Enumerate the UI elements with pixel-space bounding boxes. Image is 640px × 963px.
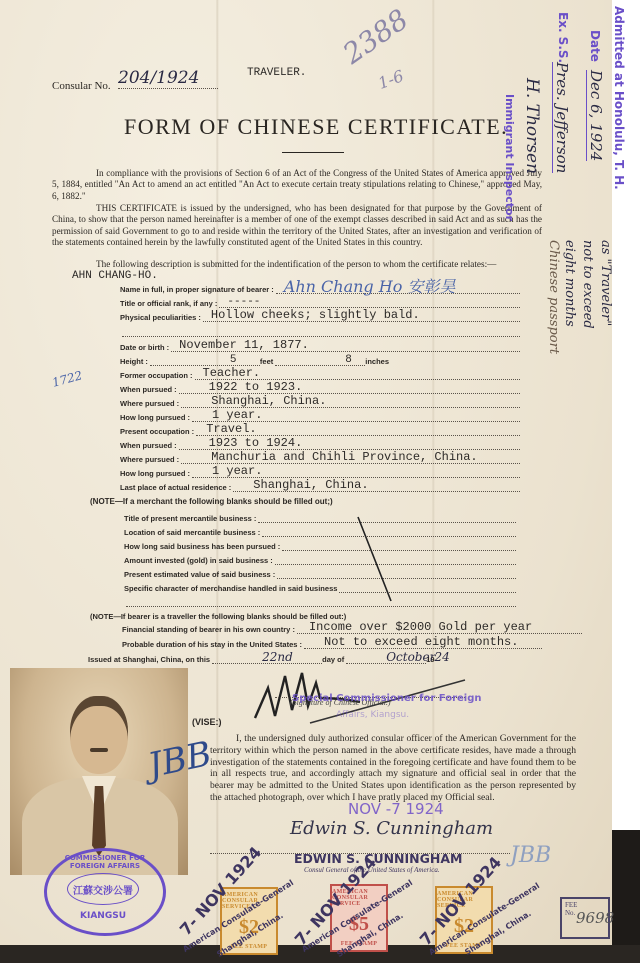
ship-name: Pres. Jefferson: [552, 62, 571, 173]
margin-handwriting-line1: as "Traveler": [598, 240, 613, 326]
description-intro: The following description is submitted f…: [96, 259, 546, 270]
field-duration-of-stay: Probable duration of his stay in the Uni…: [122, 637, 542, 649]
issued-month: October: [386, 650, 435, 664]
photo-face: [70, 696, 128, 774]
initials-pencil: JBB: [510, 843, 551, 868]
photo-mustache: [90, 748, 108, 752]
intro-paragraph: In compliance with the provisions of Sec…: [52, 168, 542, 202]
traveller-note: (NOTE—If bearer is a traveller the follo…: [90, 612, 346, 621]
field-where-pursued-2: Where pursued : Manchuria and Chihli Pro…: [120, 452, 520, 464]
margin-handwriting-line2: not to exceed: [580, 240, 595, 329]
issued-year: 24: [435, 650, 450, 664]
admitted-honolulu-stamp: Admitted at Honolulu, T. H.: [612, 6, 626, 190]
title-underline: [282, 152, 344, 153]
immigrant-inspector-label: Immigrant Inspector: [503, 94, 516, 221]
typed-name: AHN CHANG-HO.: [72, 270, 158, 282]
merchant-field: Amount invested (gold) in said business …: [124, 553, 516, 565]
field-financial-standing: Financial standing of bearer in his own …: [122, 622, 582, 634]
bearer-signature: Ahn Chang Ho 安彰昊: [284, 274, 456, 297]
field-how-long-1: How long pursued : 1 year.: [120, 410, 520, 422]
merchant-field: Specific character of merchandise handle…: [124, 581, 516, 593]
issued-line: Issued at Shanghai, China, on this 22nd …: [88, 652, 478, 664]
consular-no-value: 204/1924: [118, 68, 218, 89]
margin-handwriting-line3: eight months: [562, 240, 577, 327]
foreign-affairs-stamp-line1: Special Commissioner for Foreign: [292, 693, 482, 704]
field-blank-line: [120, 325, 520, 337]
field-when-pursued-1: When pursued : 1922 to 1923.: [120, 382, 520, 394]
vise-date-stamp: NOV -7 1924: [348, 800, 444, 818]
field-how-long-2: How long pursued : 1 year.: [120, 466, 520, 478]
certificate-paragraph: THIS CERTIFICATE is issued by the unders…: [52, 203, 542, 248]
field-present-occupation: Present occupation : Travel.: [120, 424, 520, 436]
traveler-header: TRAVELER.: [247, 67, 306, 79]
merchant-field-blank: [124, 595, 516, 607]
foreign-affairs-stamp-line2: Affairs, Kiangsu.: [336, 710, 409, 720]
merchant-field: Title of present mercantile business :: [124, 511, 516, 523]
vise-paragraph: I, the undersigned duly authorized consu…: [210, 733, 576, 804]
ship-label: Ex. S.S.: [556, 12, 570, 63]
inspector-signature: H. Thorsen: [522, 78, 542, 174]
field-title-rank: Title or official rank, if any : -----: [120, 296, 520, 308]
consul-signature: Edwin S. Cunningham: [290, 818, 493, 839]
fee-box: FEE No. 9698: [560, 897, 610, 939]
admission-date-label: Date: [588, 30, 602, 62]
field-name: Name in full, in proper signature of bea…: [120, 282, 520, 294]
field-last-residence: Last place of actual residence : Shangha…: [120, 480, 520, 492]
background-bottom: [0, 945, 640, 963]
height-feet: 5: [230, 354, 237, 366]
field-height: Height : 5 feet 8 inches: [120, 354, 420, 366]
issued-day: 22nd: [262, 650, 293, 664]
field-when-pursued-2: When pursued : 1923 to 1924.: [120, 438, 520, 450]
field-where-pursued-1: Where pursued : Shanghai, China.: [120, 396, 520, 408]
vise-label: (VISE:): [192, 717, 222, 727]
field-physical-peculiarities: Physical peculiarities : Hollow cheeks; …: [120, 310, 520, 322]
merchant-field: Location of said mercantile business :: [124, 525, 516, 537]
strike-through-line: [355, 515, 395, 605]
page-title: FORM OF CHINESE CERTIFICATE.: [124, 114, 508, 140]
admission-date: Dec 6, 1924: [586, 70, 605, 161]
margin-handwriting-line4: Chinese passport: [546, 240, 561, 354]
field-date-of-birth: Date or birth : November 11, 1877.: [120, 340, 520, 352]
merchant-field: Present estimated value of said business…: [124, 567, 516, 579]
height-inches: 8: [345, 354, 352, 366]
field-former-occupation: Former occupation : Teacher.: [120, 368, 520, 380]
merchant-note: (NOTE—If a merchant the following blanks…: [90, 497, 333, 506]
fee-number: 9698: [576, 909, 614, 927]
kiangsu-seal: COMMISSIONER FOR FOREIGN AFFAIRS 江蘇交涉公署 …: [44, 848, 166, 936]
consular-no-label: Consular No.: [52, 80, 111, 92]
merchant-field: How long said business has been pursued …: [124, 539, 516, 551]
